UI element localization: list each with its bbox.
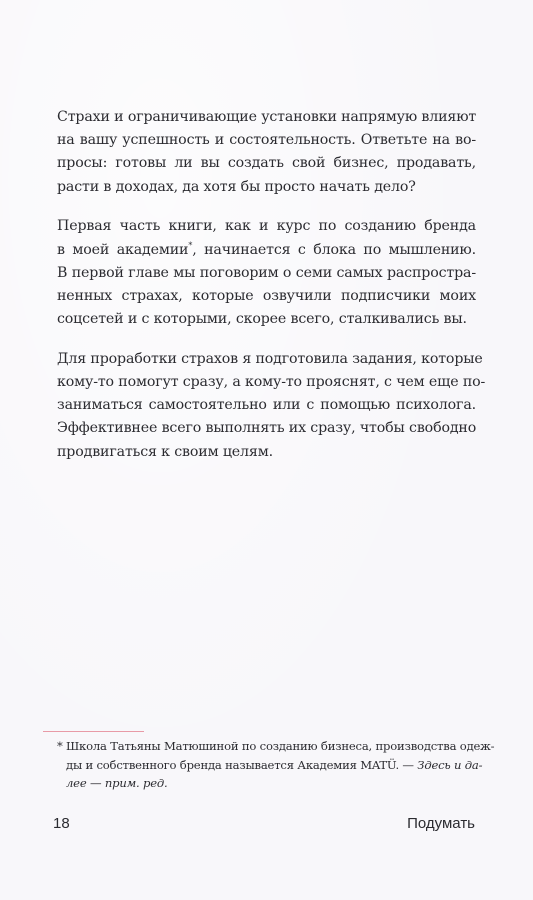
text-line: Страхи и ограничивающие установки напрям… [57, 106, 476, 129]
footnote: * Школа Татьяны Матюшиной по созданию би… [57, 737, 476, 793]
text-line: кому-то помогут сразу, а кому-то проясня… [57, 371, 476, 394]
text-line: В первой главе мы поговорим о семи самых… [57, 262, 476, 285]
text-line: Первая часть книги, как и курс по создан… [57, 215, 476, 238]
editor-note: Здесь и да- [417, 758, 482, 772]
page-number: 18 [53, 815, 70, 832]
text-fragment: в моей академии [57, 242, 188, 258]
text-line: на вашу успешность и состоятельность. От… [57, 129, 476, 152]
footnote-line: лее — прим. ред. [66, 774, 476, 793]
footnote-divider [43, 731, 144, 732]
text-line-with-footnote: в моей академии*, начинается с блока по … [57, 239, 476, 262]
text-line: расти в доходах, да хотя бы просто начат… [57, 176, 476, 199]
book-page: Страхи и ограничивающие установки напрям… [0, 0, 533, 900]
footnote-line: ды и собственного бренда называется Акад… [66, 756, 476, 775]
footnote-line: Школа Татьяны Матюшиной по созданию бизн… [66, 737, 476, 756]
text-line: продвигаться к своим целям. [57, 441, 476, 464]
text-line: заниматься самостоятельно или с помощью … [57, 394, 476, 417]
text-line: Эффективнее всего выполнять их сразу, чт… [57, 417, 476, 440]
paragraph-3: Для проработки страхов я подготовила зад… [57, 348, 476, 464]
text-line: ненных страхах, которые озвучили подписч… [57, 285, 476, 308]
text-fragment: , начинается с блока по мышлению. [192, 242, 476, 258]
text-line: просы: готовы ли вы создать свой бизнес,… [57, 152, 476, 175]
running-head: Подумать [407, 815, 475, 832]
footnote-marker: * [57, 737, 63, 756]
paragraph-1: Страхи и ограничивающие установки напрям… [57, 106, 476, 199]
paragraph-2: Первая часть книги, как и курс по создан… [57, 215, 476, 331]
editor-note: лее — прим. ред. [66, 776, 168, 790]
footnote-body: Школа Татьяны Матюшиной по созданию бизн… [66, 737, 476, 793]
main-text: Страхи и ограничивающие установки напрям… [57, 106, 476, 480]
text-line: соцсетей и с которыми, скорее всего, ста… [57, 308, 476, 331]
footnote-text: ды и собственного бренда называется Акад… [66, 758, 417, 772]
text-line: Для проработки страхов я подготовила зад… [57, 348, 476, 371]
